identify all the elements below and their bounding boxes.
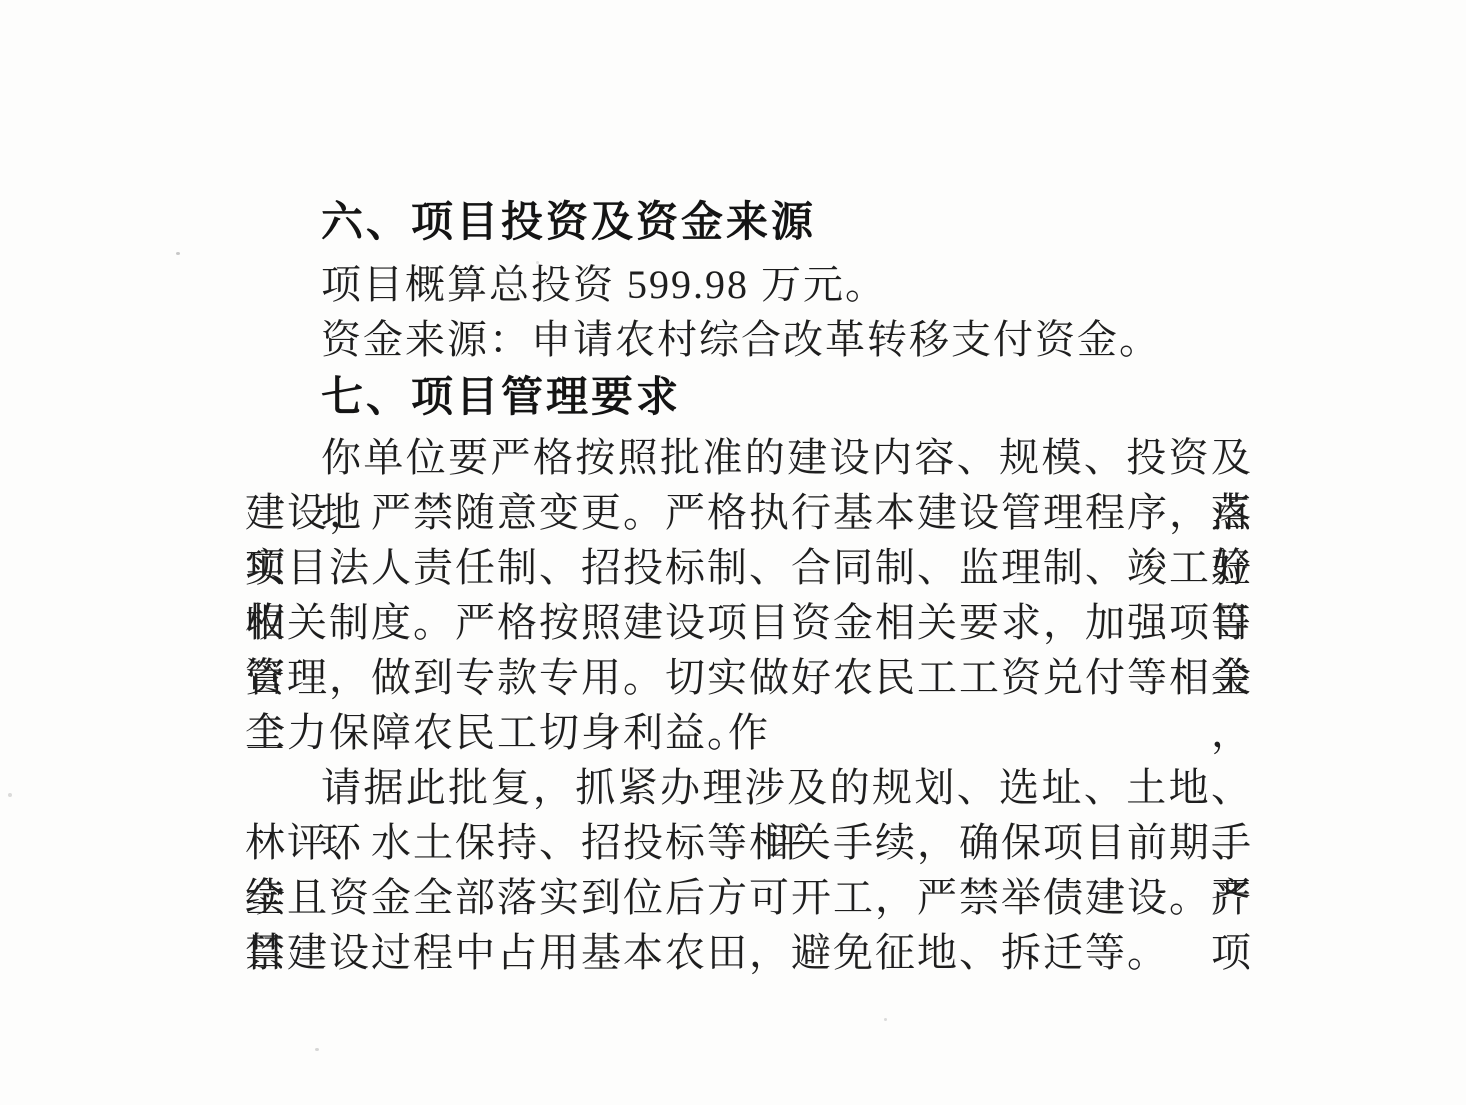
doc-line: 请据此批复，抓紧办理涉及的规划、选址、土地、环评、 <box>245 760 1253 815</box>
doc-line: 建设，严禁随意变更。严格执行基本建设管理程序，落实好 <box>245 485 1253 540</box>
doc-line: 你单位要严格按照批准的建设内容、规模、投资及地点 <box>245 430 1253 485</box>
scan-speck <box>315 1048 319 1051</box>
doc-line: 相关制度。严格按照建设项目资金相关要求，加强项目资金 <box>245 595 1253 650</box>
scan-speck <box>176 252 180 255</box>
document-page: 六、项目投资及资金来源 项目概算总投资 599.98 万元。 资金来源：申请农村… <box>0 0 1466 1105</box>
section-heading-7: 七、项目管理要求 <box>245 371 1253 426</box>
section-heading-6: 六、项目投资及资金来源 <box>245 196 1253 251</box>
scan-speck <box>8 793 12 797</box>
doc-line: 目建设过程中占用基本农田，避免征地、拆迁等。 <box>245 925 1253 980</box>
doc-line: 项目法人责任制、招投标制、合同制、监理制、竣工验收等 <box>245 540 1253 595</box>
doc-line-funding-source: 资金来源：申请农村综合改革转移支付资金。 <box>245 312 1253 367</box>
doc-line: 林评、水土保持、招投标等相关手续，确保项目前期手续齐 <box>245 815 1253 870</box>
scan-speck <box>536 261 539 264</box>
scan-speck <box>1184 822 1187 825</box>
scan-speck <box>884 1018 887 1021</box>
document-text-block: 六、项目投资及资金来源 项目概算总投资 599.98 万元。 资金来源：申请农村… <box>245 196 1253 980</box>
doc-line: 管理，做到专款专用。切实做好农民工工资兑付等相关工作， <box>245 650 1253 705</box>
doc-line-investment: 项目概算总投资 599.98 万元。 <box>245 257 1253 312</box>
doc-line: 全且资金全部落实到位后方可开工，严禁举债建设。严禁项 <box>245 870 1253 925</box>
